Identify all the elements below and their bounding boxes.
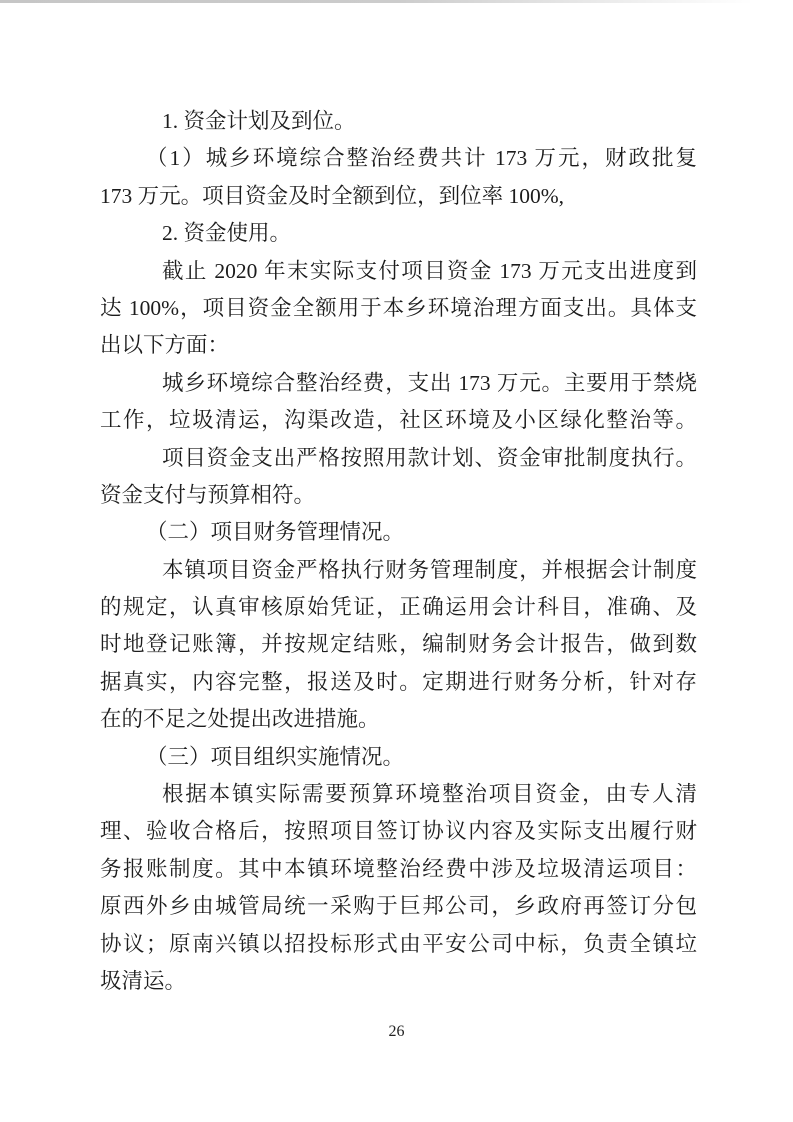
document-line: 在的不足之处提出改进措施。 (100, 701, 697, 738)
document-line: 时地登记账簿，并按规定结账，编制财务会计报告，做到数 (100, 626, 697, 663)
document-line: 出以下方面： (100, 327, 697, 364)
document-line: 圾清运。 (100, 963, 697, 1000)
document-line: 务报账制度。其中本镇环境整治经费中涉及垃圾清运项目： (100, 851, 697, 888)
document-line: 截止 2020 年末实际支付项目资金 173 万元支出进度到 (100, 253, 697, 290)
document-line: 项目资金支出严格按照用款计划、资金审批制度执行。 (100, 440, 697, 477)
document-line: 工作，垃圾清运，沟渠改造，社区环境及小区绿化整治等。 (100, 402, 697, 439)
document-line: 根据本镇实际需要预算环境整治项目资金，由专人清 (100, 776, 697, 813)
document-line: 1. 资金计划及到位。 (100, 103, 697, 140)
scan-edge-artifact (0, 0, 793, 3)
document-line: 资金支付与预算相符。 (100, 477, 697, 514)
document-line: 城乡环境综合整治经费，支出 173 万元。主要用于禁烧 (100, 365, 697, 402)
document-line: （二）项目财务管理情况。 (100, 514, 697, 551)
document-page: 1. 资金计划及到位。（1）城乡环境综合整治经费共计 173 万元，财政批复17… (0, 0, 793, 1122)
document-line: 原西外乡由城管局统一采购于巨邦公司，乡政府再签订分包 (100, 888, 697, 925)
document-line: 2. 资金使用。 (100, 215, 697, 252)
document-line: 据真实，内容完整，报送及时。定期进行财务分析，针对存 (100, 664, 697, 701)
document-line: 173 万元。项目资金及时全额到位，到位率 100%, (100, 178, 697, 215)
document-body: 1. 资金计划及到位。（1）城乡环境综合整治经费共计 173 万元，财政批复17… (100, 103, 697, 1000)
document-line: 理、验收合格后，按照项目签订协议内容及实际支出履行财 (100, 813, 697, 850)
document-line: 达 100%，项目资金全额用于本乡环境治理方面支出。具体支 (100, 290, 697, 327)
document-line: 的规定，认真审核原始凭证，正确运用会计科目，准确、及 (100, 589, 697, 626)
document-line: 本镇项目资金严格执行财务管理制度，并根据会计制度 (100, 552, 697, 589)
page-number: 26 (0, 1021, 793, 1043)
document-line: （1）城乡环境综合整治经费共计 173 万元，财政批复 (100, 140, 697, 177)
document-line: （三）项目组织实施情况。 (100, 739, 697, 776)
document-line: 协议；原南兴镇以招投标形式由平安公司中标，负责全镇垃 (100, 926, 697, 963)
